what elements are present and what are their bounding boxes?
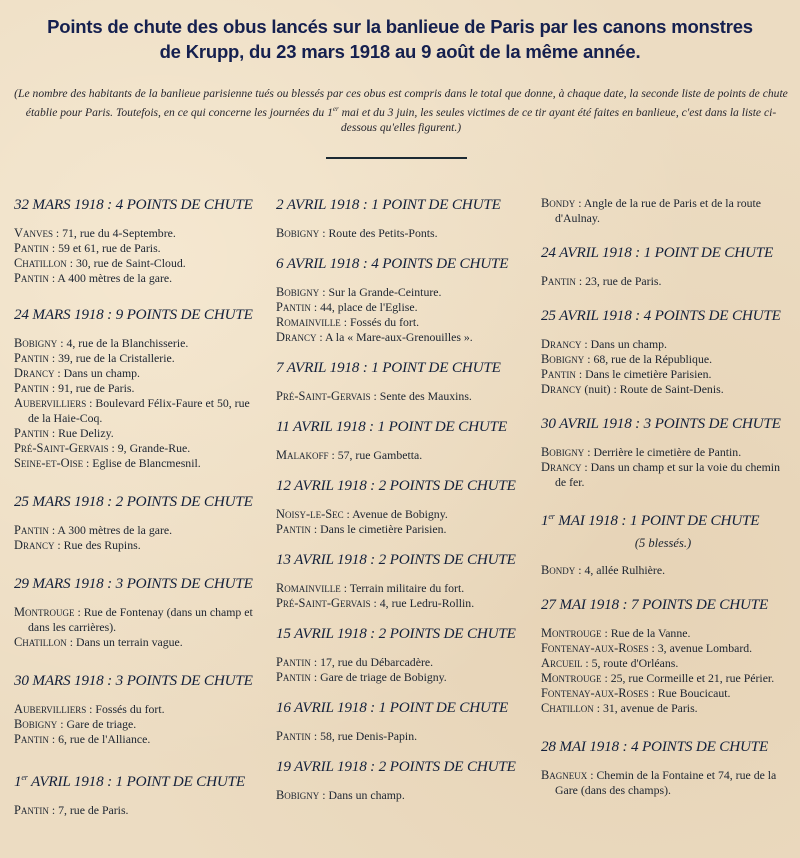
place-name: Seine-et-Oise — [14, 456, 83, 470]
section-divider — [326, 157, 467, 159]
location-detail: : 91, rue de Paris. — [49, 381, 135, 395]
heading-text: 29 MARS 1918 : 3 POINTS DE CHUTE — [14, 575, 253, 592]
impact-list: Montrouge : Rue de la Vanne.Fontenay-aux… — [541, 626, 785, 716]
location-detail: : Angle de la rue de Paris et de la rout… — [555, 196, 761, 225]
impact-list: Bondy : Angle de la rue de Paris et de l… — [541, 196, 785, 226]
impact-entry: Pantin : 17, rue du Débarcadère. — [276, 655, 524, 670]
location-detail: : Dans un champ. — [581, 337, 667, 351]
title-line-2: de Krupp, du 23 mars 1918 au 9 août de l… — [0, 39, 800, 64]
impact-entry: Pantin : A 400 mètres de la gare. — [14, 271, 258, 286]
date-heading: 25 AVRIL 1918 : 4 POINTS DE CHUTE — [541, 307, 785, 325]
date-section: 24 MARS 1918 : 9 POINTS DE CHUTEBobigny … — [14, 306, 258, 471]
impact-list: Bondy : 4, allée Rulhière. — [541, 563, 785, 578]
heading-text: 25 MARS 1918 : 2 POINTS DE CHUTE — [14, 493, 253, 510]
place-name: Montrouge — [14, 605, 75, 619]
date-section: 11 AVRIL 1918 : 1 POINT DE CHUTEMalakoff… — [276, 418, 524, 463]
impact-entry: Pantin : 39, rue de la Cristallerie. — [14, 351, 258, 366]
date-section: 25 MARS 1918 : 2 POINTS DE CHUTEPantin :… — [14, 493, 258, 553]
impact-entry: Noisy-le-Sec : Avenue de Bobigny. — [276, 507, 524, 522]
column-2: 2 AVRIL 1918 : 1 POINT DE CHUTEBobigny :… — [276, 196, 524, 803]
place-name: Fontenay-aux-Roses — [541, 686, 649, 700]
title-line-1: Points de chute des obus lancés sur la b… — [0, 14, 800, 39]
date-heading: 30 MARS 1918 : 3 POINTS DE CHUTE — [14, 672, 258, 690]
location-detail: : Rue des Rupins. — [54, 538, 140, 552]
impact-entry: Chatillon : 31, avenue de Paris. — [541, 701, 785, 716]
place-name: Pré-Saint-Gervais — [14, 441, 109, 455]
location-detail: : 57, rue Gambetta. — [329, 448, 423, 462]
impact-entry: Bobigny : Derrière le cimetière de Panti… — [541, 445, 785, 460]
heading-text: 11 AVRIL 1918 : 1 POINT DE CHUTE — [276, 418, 507, 435]
place-name: Chatillon — [14, 635, 67, 649]
heading-text: 24 AVRIL 1918 : 1 POINT DE CHUTE — [541, 244, 773, 261]
place-name: Pantin — [276, 655, 311, 669]
location-detail: : Dans un champ. — [319, 788, 405, 802]
place-name: Bobigny — [14, 717, 57, 731]
location-detail: : 7, rue de Paris. — [49, 803, 129, 817]
heading-text: 12 AVRIL 1918 : 2 POINTS DE CHUTE — [276, 477, 516, 494]
date-section: 15 AVRIL 1918 : 2 POINTS DE CHUTEPantin … — [276, 625, 524, 685]
impact-list: Drancy : Dans un champ.Bobigny : 68, rue… — [541, 337, 785, 397]
date-heading: 29 MARS 1918 : 3 POINTS DE CHUTE — [14, 575, 258, 593]
location-detail: : Gare de triage. — [57, 717, 136, 731]
place-name: Pantin — [276, 670, 311, 684]
impact-entry: Pantin : 6, rue de l'Alliance. — [14, 732, 258, 747]
place-name: Bobigny — [276, 788, 319, 802]
place-name: Aubervilliers — [14, 702, 86, 716]
place-name: Pantin — [14, 271, 49, 285]
heading-text: AVRIL 1918 : 1 POINT DE CHUTE — [28, 773, 245, 790]
impact-list: Pantin : 7, rue de Paris. — [14, 803, 258, 818]
place-name: Vanves — [14, 226, 53, 240]
date-section: 29 MARS 1918 : 3 POINTS DE CHUTEMontroug… — [14, 575, 258, 650]
date-heading: 24 MARS 1918 : 9 POINTS DE CHUTE — [14, 306, 258, 324]
location-detail: : Rue de la Vanne. — [602, 626, 691, 640]
impact-entry: Romainville : Fossés du fort. — [276, 315, 524, 330]
date-section: 12 AVRIL 1918 : 2 POINTS DE CHUTENoisy-l… — [276, 477, 524, 537]
impact-entry: Pantin : Dans le cimetière Parisien. — [276, 522, 524, 537]
heading-text: 6 AVRIL 1918 : 4 POINTS DE CHUTE — [276, 255, 508, 272]
location-detail: : Dans le cimetière Parisien. — [311, 522, 447, 536]
impact-entry: Montrouge : Rue de Fontenay (dans un cha… — [14, 605, 258, 635]
impact-entry: Bondy : Angle de la rue de Paris et de l… — [541, 196, 785, 226]
impact-entry: Pré-Saint-Gervais : Sente des Mauxins. — [276, 389, 524, 404]
location-detail: : A 300 mètres de la gare. — [49, 523, 172, 537]
place-name: Bobigny — [541, 352, 584, 366]
place-name: Drancy — [541, 337, 581, 351]
impact-list: Aubervilliers : Fossés du fort.Bobigny :… — [14, 702, 258, 747]
place-name: Pantin — [14, 523, 49, 537]
impact-list: Bobigny : 4, rue de la Blanchisserie.Pan… — [14, 336, 258, 471]
place-name: Drancy — [541, 460, 581, 474]
place-name: Romainville — [276, 581, 341, 595]
place-name: Drancy — [14, 538, 54, 552]
location-detail: : Rue Delizy. — [49, 426, 114, 440]
date-heading: 32 MARS 1918 : 4 POINTS DE CHUTE — [14, 196, 258, 214]
location-detail: : Dans le cimetière Parisien. — [576, 367, 712, 381]
impact-entry: Pré-Saint-Gervais : 4, rue Ledru-Rollin. — [276, 596, 524, 611]
impact-list: Bobigny : Sur la Grande-Ceinture.Pantin … — [276, 285, 524, 345]
place-name: Bagneux — [541, 768, 587, 782]
heading-text: 16 AVRIL 1918 : 1 POINT DE CHUTE — [276, 699, 508, 716]
place-name: Drancy — [276, 330, 316, 344]
location-detail: : 3, avenue Lombard. — [649, 641, 753, 655]
impact-entry: Pantin : 44, place de l'Eglise. — [276, 300, 524, 315]
place-name: Pantin — [276, 729, 311, 743]
heading-text: 24 MARS 1918 : 9 POINTS DE CHUTE — [14, 306, 253, 323]
place-name: Chatillon — [541, 701, 594, 715]
heading-text: 7 AVRIL 1918 : 1 POINT DE CHUTE — [276, 359, 501, 376]
impact-list: Pantin : 23, rue de Paris. — [541, 274, 785, 289]
location-detail: : 4, rue Ledru-Rollin. — [371, 596, 475, 610]
impact-list: Romainville : Terrain militaire du fort.… — [276, 581, 524, 611]
date-section: 28 MAI 1918 : 4 POINTS DE CHUTEBagneux :… — [541, 738, 785, 798]
place-name: Bobigny — [14, 336, 57, 350]
impact-list: Pantin : A 300 mètres de la gare.Drancy … — [14, 523, 258, 553]
impact-entry: Romainville : Terrain militaire du fort. — [276, 581, 524, 596]
date-section: 13 AVRIL 1918 : 2 POINTS DE CHUTERomainv… — [276, 551, 524, 611]
impact-entry: Pré-Saint-Gervais : 9, Grande-Rue. — [14, 441, 258, 456]
place-name: Bondy — [541, 563, 575, 577]
impact-entry: Vanves : 71, rue du 4-Septembre. — [14, 226, 258, 241]
location-detail: : Chemin de la Fontaine et 74, rue de la… — [555, 768, 776, 797]
place-name: Bobigny — [541, 445, 584, 459]
impact-list: Noisy-le-Sec : Avenue de Bobigny.Pantin … — [276, 507, 524, 537]
impact-entry: Chatillon : Dans un terrain vague. — [14, 635, 258, 650]
location-detail: : Rue Boucicaut. — [649, 686, 731, 700]
date-section: 19 AVRIL 1918 : 2 POINTS DE CHUTEBobigny… — [276, 758, 524, 803]
place-name: Noisy-le-Sec — [276, 507, 344, 521]
place-name: Montrouge — [541, 671, 602, 685]
place-name: Pantin — [14, 732, 49, 746]
place-name: Bobigny — [276, 226, 319, 240]
impact-entry: Pantin : 91, rue de Paris. — [14, 381, 258, 396]
date-heading: 27 MAI 1918 : 7 POINTS DE CHUTE — [541, 596, 785, 614]
impact-entry: Drancy : Dans un champ. — [541, 337, 785, 352]
impact-entry: Drancy : Dans un champ et sur la voie du… — [541, 460, 785, 490]
impact-entry: Pantin : A 300 mètres de la gare. — [14, 523, 258, 538]
heading-text: 2 AVRIL 1918 : 1 POINT DE CHUTE — [276, 196, 501, 213]
heading-text: 30 MARS 1918 : 3 POINTS DE CHUTE — [14, 672, 253, 689]
date-section: 1er AVRIL 1918 : 1 POINT DE CHUTEPantin … — [14, 769, 258, 818]
page-title: Points de chute des obus lancés sur la b… — [0, 14, 800, 64]
heading-text: 15 AVRIL 1918 : 2 POINTS DE CHUTE — [276, 625, 516, 642]
date-heading: 13 AVRIL 1918 : 2 POINTS DE CHUTE — [276, 551, 524, 569]
place-name: Romainville — [276, 315, 341, 329]
impact-entry: Bondy : 4, allée Rulhière. — [541, 563, 785, 578]
impact-entry: Bobigny : Gare de triage. — [14, 717, 258, 732]
place-name: Pantin — [541, 367, 576, 381]
impact-entry: Montrouge : 25, rue Cormeille et 21, rue… — [541, 671, 785, 686]
impact-entry: Fontenay-aux-Roses : 3, avenue Lombard. — [541, 641, 785, 656]
date-heading: 6 AVRIL 1918 : 4 POINTS DE CHUTE — [276, 255, 524, 273]
location-detail: : 71, rue du 4-Septembre. — [53, 226, 176, 240]
date-section: 1er MAI 1918 : 1 POINT DE CHUTE(5 blessé… — [541, 508, 785, 578]
impact-entry: Chatillon : 30, rue de Saint-Cloud. — [14, 256, 258, 271]
impact-entry: Drancy (nuit) : Route de Saint-Denis. — [541, 382, 785, 397]
impact-entry: Bobigny : Route des Petits-Ponts. — [276, 226, 524, 241]
location-detail: : Dans un champ et sur la voie du chemin… — [555, 460, 780, 489]
place-name: Malakoff — [276, 448, 329, 462]
location-detail: : 59 et 61, rue de Paris. — [49, 241, 161, 255]
date-section: 16 AVRIL 1918 : 1 POINT DE CHUTEPantin :… — [276, 699, 524, 744]
date-heading: 2 AVRIL 1918 : 1 POINT DE CHUTE — [276, 196, 524, 214]
impact-entry: Fontenay-aux-Roses : Rue Boucicaut. — [541, 686, 785, 701]
date-heading: 11 AVRIL 1918 : 1 POINT DE CHUTE — [276, 418, 524, 436]
date-section: 2 AVRIL 1918 : 1 POINT DE CHUTEBobigny :… — [276, 196, 524, 241]
location-detail: : Derrière le cimetière de Pantin. — [584, 445, 741, 459]
note-text-2: mai et du 3 juin, les seules victimes de… — [339, 105, 776, 134]
heading-text: 28 MAI 1918 : 4 POINTS DE CHUTE — [541, 738, 768, 755]
place-name: Drancy — [14, 366, 54, 380]
impact-entry: Drancy : A la « Mare-aux-Grenouilles ». — [276, 330, 524, 345]
impact-list: Bobigny : Route des Petits-Ponts. — [276, 226, 524, 241]
location-detail: : Terrain militaire du fort. — [341, 581, 464, 595]
impact-list: Pantin : 58, rue Denis-Papin. — [276, 729, 524, 744]
date-heading: 12 AVRIL 1918 : 2 POINTS DE CHUTE — [276, 477, 524, 495]
impact-entry: Pantin : 58, rue Denis-Papin. — [276, 729, 524, 744]
place-name: Pantin — [14, 381, 49, 395]
impact-entry: Bobigny : 68, rue de la République. — [541, 352, 785, 367]
impact-list: Bobigny : Derrière le cimetière de Panti… — [541, 445, 785, 490]
heading-text: 30 AVRIL 1918 : 3 POINTS DE CHUTE — [541, 415, 781, 432]
impact-list: Pantin : 17, rue du Débarcadère.Pantin :… — [276, 655, 524, 685]
heading-text: MAI 1918 : 1 POINT DE CHUTE — [555, 512, 760, 529]
place-name: Bobigny — [276, 285, 319, 299]
date-section: Bondy : Angle de la rue de Paris et de l… — [541, 196, 785, 226]
impact-entry: Aubervilliers : Fossés du fort. — [14, 702, 258, 717]
date-heading: 16 AVRIL 1918 : 1 POINT DE CHUTE — [276, 699, 524, 717]
date-section: 27 MAI 1918 : 7 POINTS DE CHUTEMontrouge… — [541, 596, 785, 716]
place-name: Pré-Saint-Gervais — [276, 389, 371, 403]
location-detail: : 25, rue Cormeille et 21, rue Périer. — [602, 671, 775, 685]
impact-entry: Seine-et-Oise : Eglise de Blancmesnil. — [14, 456, 258, 471]
location-detail: : Avenue de Bobigny. — [344, 507, 448, 521]
location-detail: : 31, avenue de Paris. — [594, 701, 698, 715]
location-detail: : 5, route d'Orléans. — [582, 656, 678, 670]
impact-entry: Bobigny : Sur la Grande-Ceinture. — [276, 285, 524, 300]
place-name: Pré-Saint-Gervais — [276, 596, 371, 610]
impact-entry: Pantin : 59 et 61, rue de Paris. — [14, 241, 258, 256]
location-detail: : 39, rue de la Cristallerie. — [49, 351, 175, 365]
place-name: Aubervilliers — [14, 396, 86, 410]
location-detail: : A la « Mare-aux-Grenouilles ». — [316, 330, 472, 344]
location-detail: : Gare de triage de Bobigny. — [311, 670, 447, 684]
heading-text: 32 MARS 1918 : 4 POINTS DE CHUTE — [14, 196, 253, 213]
impact-entry: Arcueil : 5, route d'Orléans. — [541, 656, 785, 671]
date-section: 32 MARS 1918 : 4 POINTS DE CHUTEVanves :… — [14, 196, 258, 286]
date-section: 25 AVRIL 1918 : 4 POINTS DE CHUTEDrancy … — [541, 307, 785, 397]
location-detail: : A 400 mètres de la gare. — [49, 271, 172, 285]
date-heading: 28 MAI 1918 : 4 POINTS DE CHUTE — [541, 738, 785, 756]
date-heading: 19 AVRIL 1918 : 2 POINTS DE CHUTE — [276, 758, 524, 776]
impact-list: Bagneux : Chemin de la Fontaine et 74, r… — [541, 768, 785, 798]
place-name: Pantin — [14, 803, 49, 817]
date-heading: 24 AVRIL 1918 : 1 POINT DE CHUTE — [541, 244, 785, 262]
place-name: Pantin — [541, 274, 576, 288]
location-detail: : Route des Petits-Ponts. — [319, 226, 437, 240]
impact-entry: Bobigny : Dans un champ. — [276, 788, 524, 803]
place-name: Pantin — [276, 522, 311, 536]
place-name: Arcueil — [541, 656, 582, 670]
place-name: Montrouge — [541, 626, 602, 640]
date-heading: 15 AVRIL 1918 : 2 POINTS DE CHUTE — [276, 625, 524, 643]
impact-list: Pré-Saint-Gervais : Sente des Mauxins. — [276, 389, 524, 404]
place-name: Chatillon — [14, 256, 67, 270]
location-detail: : 44, place de l'Eglise. — [311, 300, 418, 314]
impact-entry: Pantin : Dans le cimetière Parisien. — [541, 367, 785, 382]
place-name: Pantin — [14, 351, 49, 365]
date-heading: 1er MAI 1918 : 1 POINT DE CHUTE — [541, 508, 785, 530]
heading-text: 27 MAI 1918 : 7 POINTS DE CHUTE — [541, 596, 768, 613]
location-detail: : Dans un terrain vague. — [67, 635, 183, 649]
location-detail: : 6, rue de l'Alliance. — [49, 732, 150, 746]
date-section: 6 AVRIL 1918 : 4 POINTS DE CHUTEBobigny … — [276, 255, 524, 345]
column-1: 32 MARS 1918 : 4 POINTS DE CHUTEVanves :… — [14, 196, 258, 818]
impact-list: Malakoff : 57, rue Gambetta. — [276, 448, 524, 463]
impact-entry: Montrouge : Rue de la Vanne. — [541, 626, 785, 641]
impact-entry: Drancy : Dans un champ. — [14, 366, 258, 381]
introductory-note: (Le nombre des habitants de la banlieue … — [8, 86, 794, 135]
location-detail: : Dans un champ. — [54, 366, 140, 380]
date-heading: 30 AVRIL 1918 : 3 POINTS DE CHUTE — [541, 415, 785, 433]
location-detail: : Eglise de Blancmesnil. — [83, 456, 201, 470]
location-detail: : 68, rue de la République. — [584, 352, 712, 366]
impact-list: Bobigny : Dans un champ. — [276, 788, 524, 803]
location-detail: : Fossés du fort. — [341, 315, 419, 329]
impact-entry: Pantin : 23, rue de Paris. — [541, 274, 785, 289]
location-detail: : 58, rue Denis-Papin. — [311, 729, 417, 743]
place-name: Bondy — [541, 196, 575, 210]
impact-entry: Bobigny : 4, rue de la Blanchisserie. — [14, 336, 258, 351]
heading-text: 25 AVRIL 1918 : 4 POINTS DE CHUTE — [541, 307, 781, 324]
impact-entry: Pantin : 7, rue de Paris. — [14, 803, 258, 818]
date-section: 30 MARS 1918 : 3 POINTS DE CHUTEAubervil… — [14, 672, 258, 747]
location-detail: : 9, Grande-Rue. — [109, 441, 191, 455]
impact-entry: Pantin : Rue Delizy. — [14, 426, 258, 441]
location-detail: (nuit) : Route de Saint-Denis. — [581, 382, 723, 396]
date-heading: 7 AVRIL 1918 : 1 POINT DE CHUTE — [276, 359, 524, 377]
date-section: 24 AVRIL 1918 : 1 POINT DE CHUTEPantin :… — [541, 244, 785, 289]
column-3: Bondy : Angle de la rue de Paris et de l… — [541, 196, 785, 798]
place-name: Fontenay-aux-Roses — [541, 641, 649, 655]
impact-entry: Pantin : Gare de triage de Bobigny. — [276, 670, 524, 685]
impact-list: Vanves : 71, rue du 4-Septembre.Pantin :… — [14, 226, 258, 286]
location-detail: : Fossés du fort. — [86, 702, 164, 716]
location-detail: : 30, rue de Saint-Cloud. — [67, 256, 186, 270]
location-detail: : Sur la Grande-Ceinture. — [319, 285, 441, 299]
date-heading: 1er AVRIL 1918 : 1 POINT DE CHUTE — [14, 769, 258, 791]
impact-entry: Drancy : Rue des Rupins. — [14, 538, 258, 553]
impact-entry: Aubervilliers : Boulevard Félix-Faure et… — [14, 396, 258, 426]
date-section: 30 AVRIL 1918 : 3 POINTS DE CHUTEBobigny… — [541, 415, 785, 490]
casualty-note: (5 blessés.) — [541, 536, 785, 551]
date-heading: 25 MARS 1918 : 2 POINTS DE CHUTE — [14, 493, 258, 511]
impact-list: Montrouge : Rue de Fontenay (dans un cha… — [14, 605, 258, 650]
impact-entry: Bagneux : Chemin de la Fontaine et 74, r… — [541, 768, 785, 798]
place-name: Pantin — [14, 426, 49, 440]
location-detail: : 23, rue de Paris. — [576, 274, 662, 288]
heading-text: 19 AVRIL 1918 : 2 POINTS DE CHUTE — [276, 758, 516, 775]
date-section: 7 AVRIL 1918 : 1 POINT DE CHUTEPré-Saint… — [276, 359, 524, 404]
location-detail: : 4, allée Rulhière. — [575, 563, 665, 577]
place-name: Drancy — [541, 382, 581, 396]
place-name: Pantin — [276, 300, 311, 314]
location-detail: : Sente des Mauxins. — [371, 389, 472, 403]
heading-text: 13 AVRIL 1918 : 2 POINTS DE CHUTE — [276, 551, 516, 568]
location-detail: : 17, rue du Débarcadère. — [311, 655, 433, 669]
location-detail: : 4, rue de la Blanchisserie. — [57, 336, 188, 350]
impact-entry: Malakoff : 57, rue Gambetta. — [276, 448, 524, 463]
place-name: Pantin — [14, 241, 49, 255]
